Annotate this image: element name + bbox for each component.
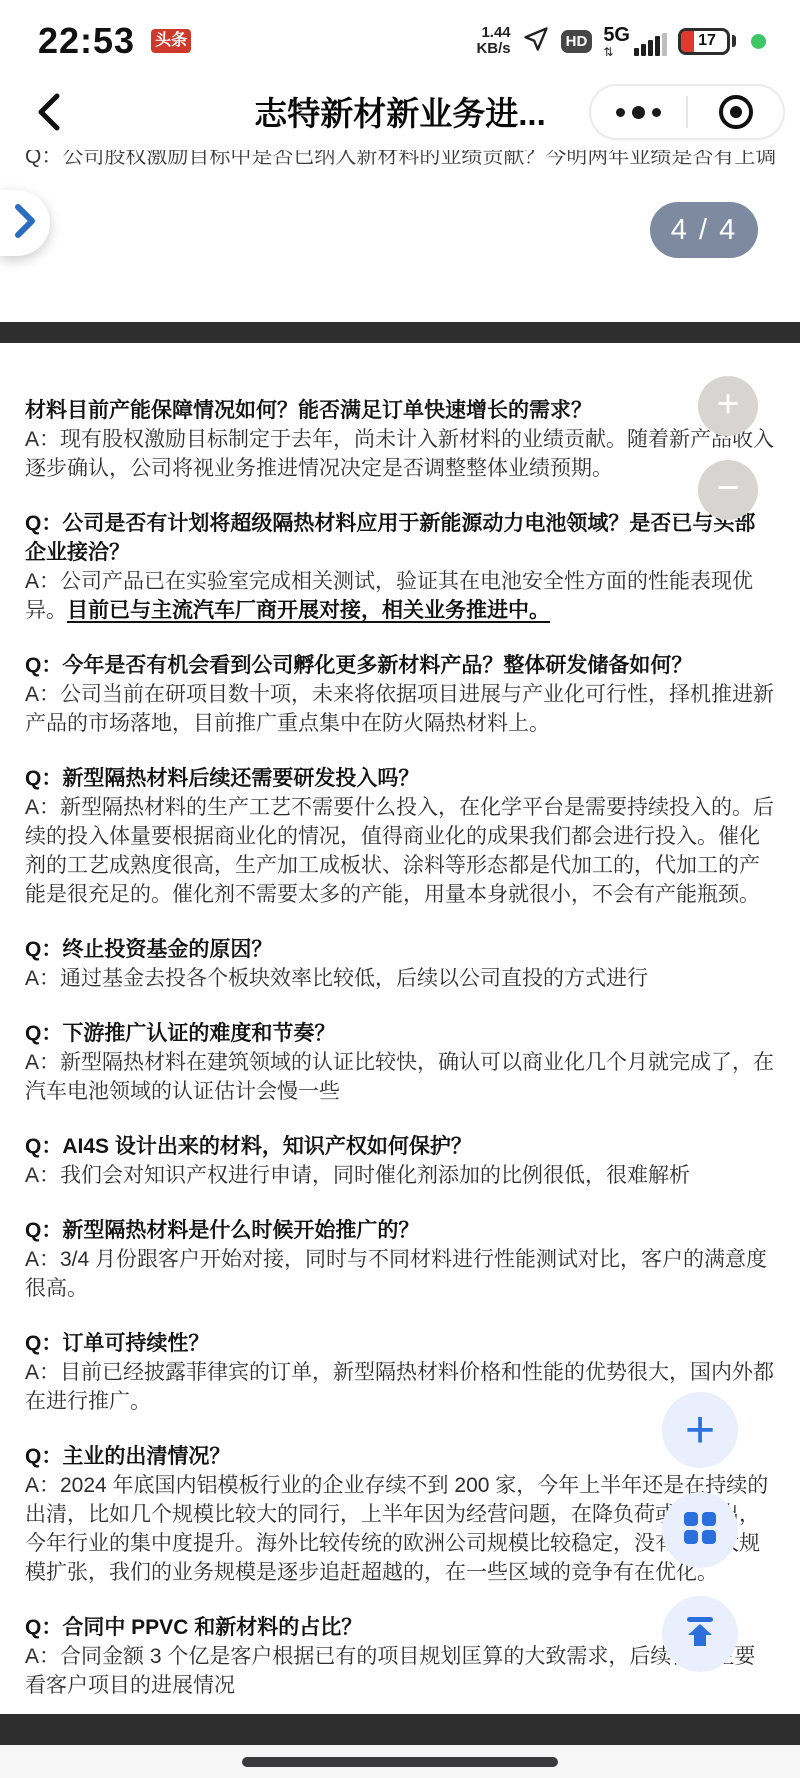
clock: 22:53 bbox=[38, 20, 135, 62]
close-target-icon bbox=[719, 95, 753, 129]
miniprogram-capsule bbox=[589, 84, 785, 140]
document-header-strip: Q：公司股权激励目标中是否已纳入新材料的业绩贡献？今明两年业绩是否有上调可能？新… bbox=[0, 150, 800, 322]
question-text: Q：新型隔热材料后续还需要研发投入吗？ bbox=[25, 764, 775, 793]
battery-body: 17 bbox=[678, 28, 730, 55]
question-text: Q：主业的出清情况？ bbox=[25, 1442, 775, 1471]
network-type-text: 5G bbox=[603, 25, 630, 45]
qa-block: Q：主业的出清情况？ A：2024 年底国内铝模板行业的企业存续不到 200 家… bbox=[25, 1442, 775, 1587]
question-text: Q：今年是否有机会看到公司孵化更多新材料产品？整体研发储备如何？ bbox=[25, 651, 775, 680]
more-dot-icon bbox=[632, 106, 645, 119]
grid-icon bbox=[683, 1511, 717, 1550]
qa-block: Q：今年是否有机会看到公司孵化更多新材料产品？整体研发储备如何？ A：公司当前在… bbox=[25, 651, 775, 738]
network-speed: 1.44 KB/s bbox=[476, 25, 510, 57]
question-text: Q：订单可持续性？ bbox=[25, 1329, 775, 1358]
add-button[interactable]: + bbox=[662, 1392, 738, 1468]
network-speed-unit: KB/s bbox=[476, 41, 510, 57]
network-speed-value: 1.44 bbox=[481, 25, 510, 41]
more-button[interactable] bbox=[591, 86, 686, 138]
location-icon bbox=[522, 25, 550, 58]
qa-block: Q：新型隔热材料是什么时候开始推广的？ A：3/4 月份跟客户开始对接，同时与不… bbox=[25, 1216, 775, 1303]
page-indicator: 4 / 4 bbox=[650, 202, 758, 258]
battery-nub bbox=[732, 35, 736, 47]
phone-screen: 22:53 头条 1.44 KB/s HD 5G ⇅ bbox=[0, 0, 800, 1778]
status-bar-right: 1.44 KB/s HD 5G ⇅ 17 bbox=[476, 25, 766, 58]
answer-text: A：公司当前在研项目数十项，未来将依据项目进展与产业化可行性，择机推进新产品的市… bbox=[25, 680, 775, 738]
question-text: Q：公司是否有计划将超级隔热材料应用于新能源动力电池领域？是否已与头部企业接洽？ bbox=[25, 509, 775, 567]
apps-grid-button[interactable] bbox=[662, 1492, 738, 1568]
bottom-strip bbox=[0, 1745, 800, 1778]
plus-icon: + bbox=[685, 1404, 715, 1456]
question-text: Q：新型隔热材料是什么时候开始推广的？ bbox=[25, 1216, 775, 1245]
data-updown-icon: ⇅ bbox=[603, 46, 613, 58]
answer-text: A：通过基金去投各个板块效率比较低，后续以公司直投的方式进行 bbox=[25, 964, 775, 993]
chevron-right-icon bbox=[13, 203, 37, 244]
page-separator-bottom bbox=[0, 1714, 800, 1745]
answer-text: A：目前已经披露菲律宾的订单，新型隔热材料价格和性能的优势很大，国内外都在进行推… bbox=[25, 1358, 775, 1416]
battery-indicator: 17 bbox=[678, 28, 736, 55]
battery-percent: 17 bbox=[692, 32, 716, 50]
status-bar: 22:53 头条 1.44 KB/s HD 5G ⇅ bbox=[0, 0, 800, 76]
back-to-top-button[interactable] bbox=[662, 1596, 738, 1672]
qa-block: Q：公司是否有计划将超级隔热材料应用于新能源动力电池领域？是否已与头部企业接洽？… bbox=[25, 509, 775, 625]
clipped-question-line: Q：公司股权激励目标中是否已纳入新材料的业绩贡献？今明两年业绩是否有上调可能？新 bbox=[25, 150, 775, 176]
status-bar-left: 22:53 头条 bbox=[38, 20, 191, 62]
emphasized-answer-text: 目前已与主流汽车厂商开展对接，相关业务推进中。 bbox=[67, 599, 550, 622]
question-text: 材料目前产能保障情况如何？能否满足订单快速增长的需求？ bbox=[25, 396, 775, 425]
answer-text: A：合同金额 3 个亿是客户根据已有的项目规划匡算的大致需求，后续占比主要看客户… bbox=[25, 1642, 775, 1700]
qa-block: Q：AI4S 设计出来的材料，知识产权如何保护？ A：我们会对知识产权进行申请，… bbox=[25, 1132, 775, 1190]
qa-block: 材料目前产能保障情况如何？能否满足订单快速增长的需求？ A：现有股权激励目标制定… bbox=[25, 396, 775, 483]
clipped-question-text: Q：公司股权激励目标中是否已纳入新材料的业绩贡献？今明两年业绩是否有上调可能？新 bbox=[25, 150, 775, 174]
answer-text: A：新型隔热材料在建筑领域的认证比较快，确认可以商业化几个月就完成了，在汽车电池… bbox=[25, 1048, 775, 1106]
privacy-indicator-dot bbox=[751, 34, 766, 49]
answer-text: A：现有股权激励目标制定于去年，尚未计入新材料的业绩贡献。随着新产品收入逐步确认… bbox=[25, 425, 775, 483]
question-text: Q：下游推广认证的难度和节奏？ bbox=[25, 1019, 775, 1048]
answer-text: A：3/4 月份跟客户开始对接，同时与不同材料进行性能测试对比，客户的满意度很高… bbox=[25, 1245, 775, 1303]
network-type-label: 5G ⇅ bbox=[603, 25, 630, 58]
next-page-tab[interactable] bbox=[0, 190, 50, 256]
hd-icon: HD bbox=[561, 30, 593, 53]
home-indicator[interactable] bbox=[242, 1757, 558, 1767]
qa-block: Q：下游推广认证的难度和节奏？ A：新型隔热材料在建筑领域的认证比较快，确认可以… bbox=[25, 1019, 775, 1106]
qa-block: Q：新型隔热材料后续还需要研发投入吗？ A：新型隔热材料的生产工艺不需要什么投入… bbox=[25, 764, 775, 909]
answer-text: A：公司产品已在实验室完成相关测试，验证其在电池安全性方面的性能表现优异。目前已… bbox=[25, 567, 775, 625]
page-separator-top bbox=[0, 322, 800, 343]
qa-block: Q：订单可持续性？ A：目前已经披露菲律宾的订单，新型隔热材料价格和性能的优势很… bbox=[25, 1329, 775, 1416]
answer-text: A：我们会对知识产权进行申请，同时催化剂添加的比例很低，很难解析 bbox=[25, 1161, 775, 1190]
cellular-signal: 5G ⇅ bbox=[603, 25, 667, 58]
qa-block: Q：终止投资基金的原因？ A：通过基金去投各个板块效率比较低，后续以公司直投的方… bbox=[25, 935, 775, 993]
zoom-out-button[interactable]: − bbox=[698, 460, 758, 520]
nav-bar: 志特新材新业务进... bbox=[0, 76, 800, 150]
toutiao-notification-badge: 头条 bbox=[151, 29, 191, 53]
question-text: Q：终止投资基金的原因？ bbox=[25, 935, 775, 964]
signal-bars-icon bbox=[634, 33, 667, 58]
question-text: Q：AI4S 设计出来的材料，知识产权如何保护？ bbox=[25, 1132, 775, 1161]
close-button[interactable] bbox=[688, 86, 783, 138]
upload-arrow-icon bbox=[682, 1615, 718, 1654]
zoom-in-button[interactable]: + bbox=[698, 376, 758, 436]
more-dot-icon bbox=[616, 108, 625, 117]
more-dot-icon bbox=[652, 108, 661, 117]
answer-text: A：新型隔热材料的生产工艺不需要什么投入，在化学平台是需要持续投入的。后续的投入… bbox=[25, 793, 775, 909]
